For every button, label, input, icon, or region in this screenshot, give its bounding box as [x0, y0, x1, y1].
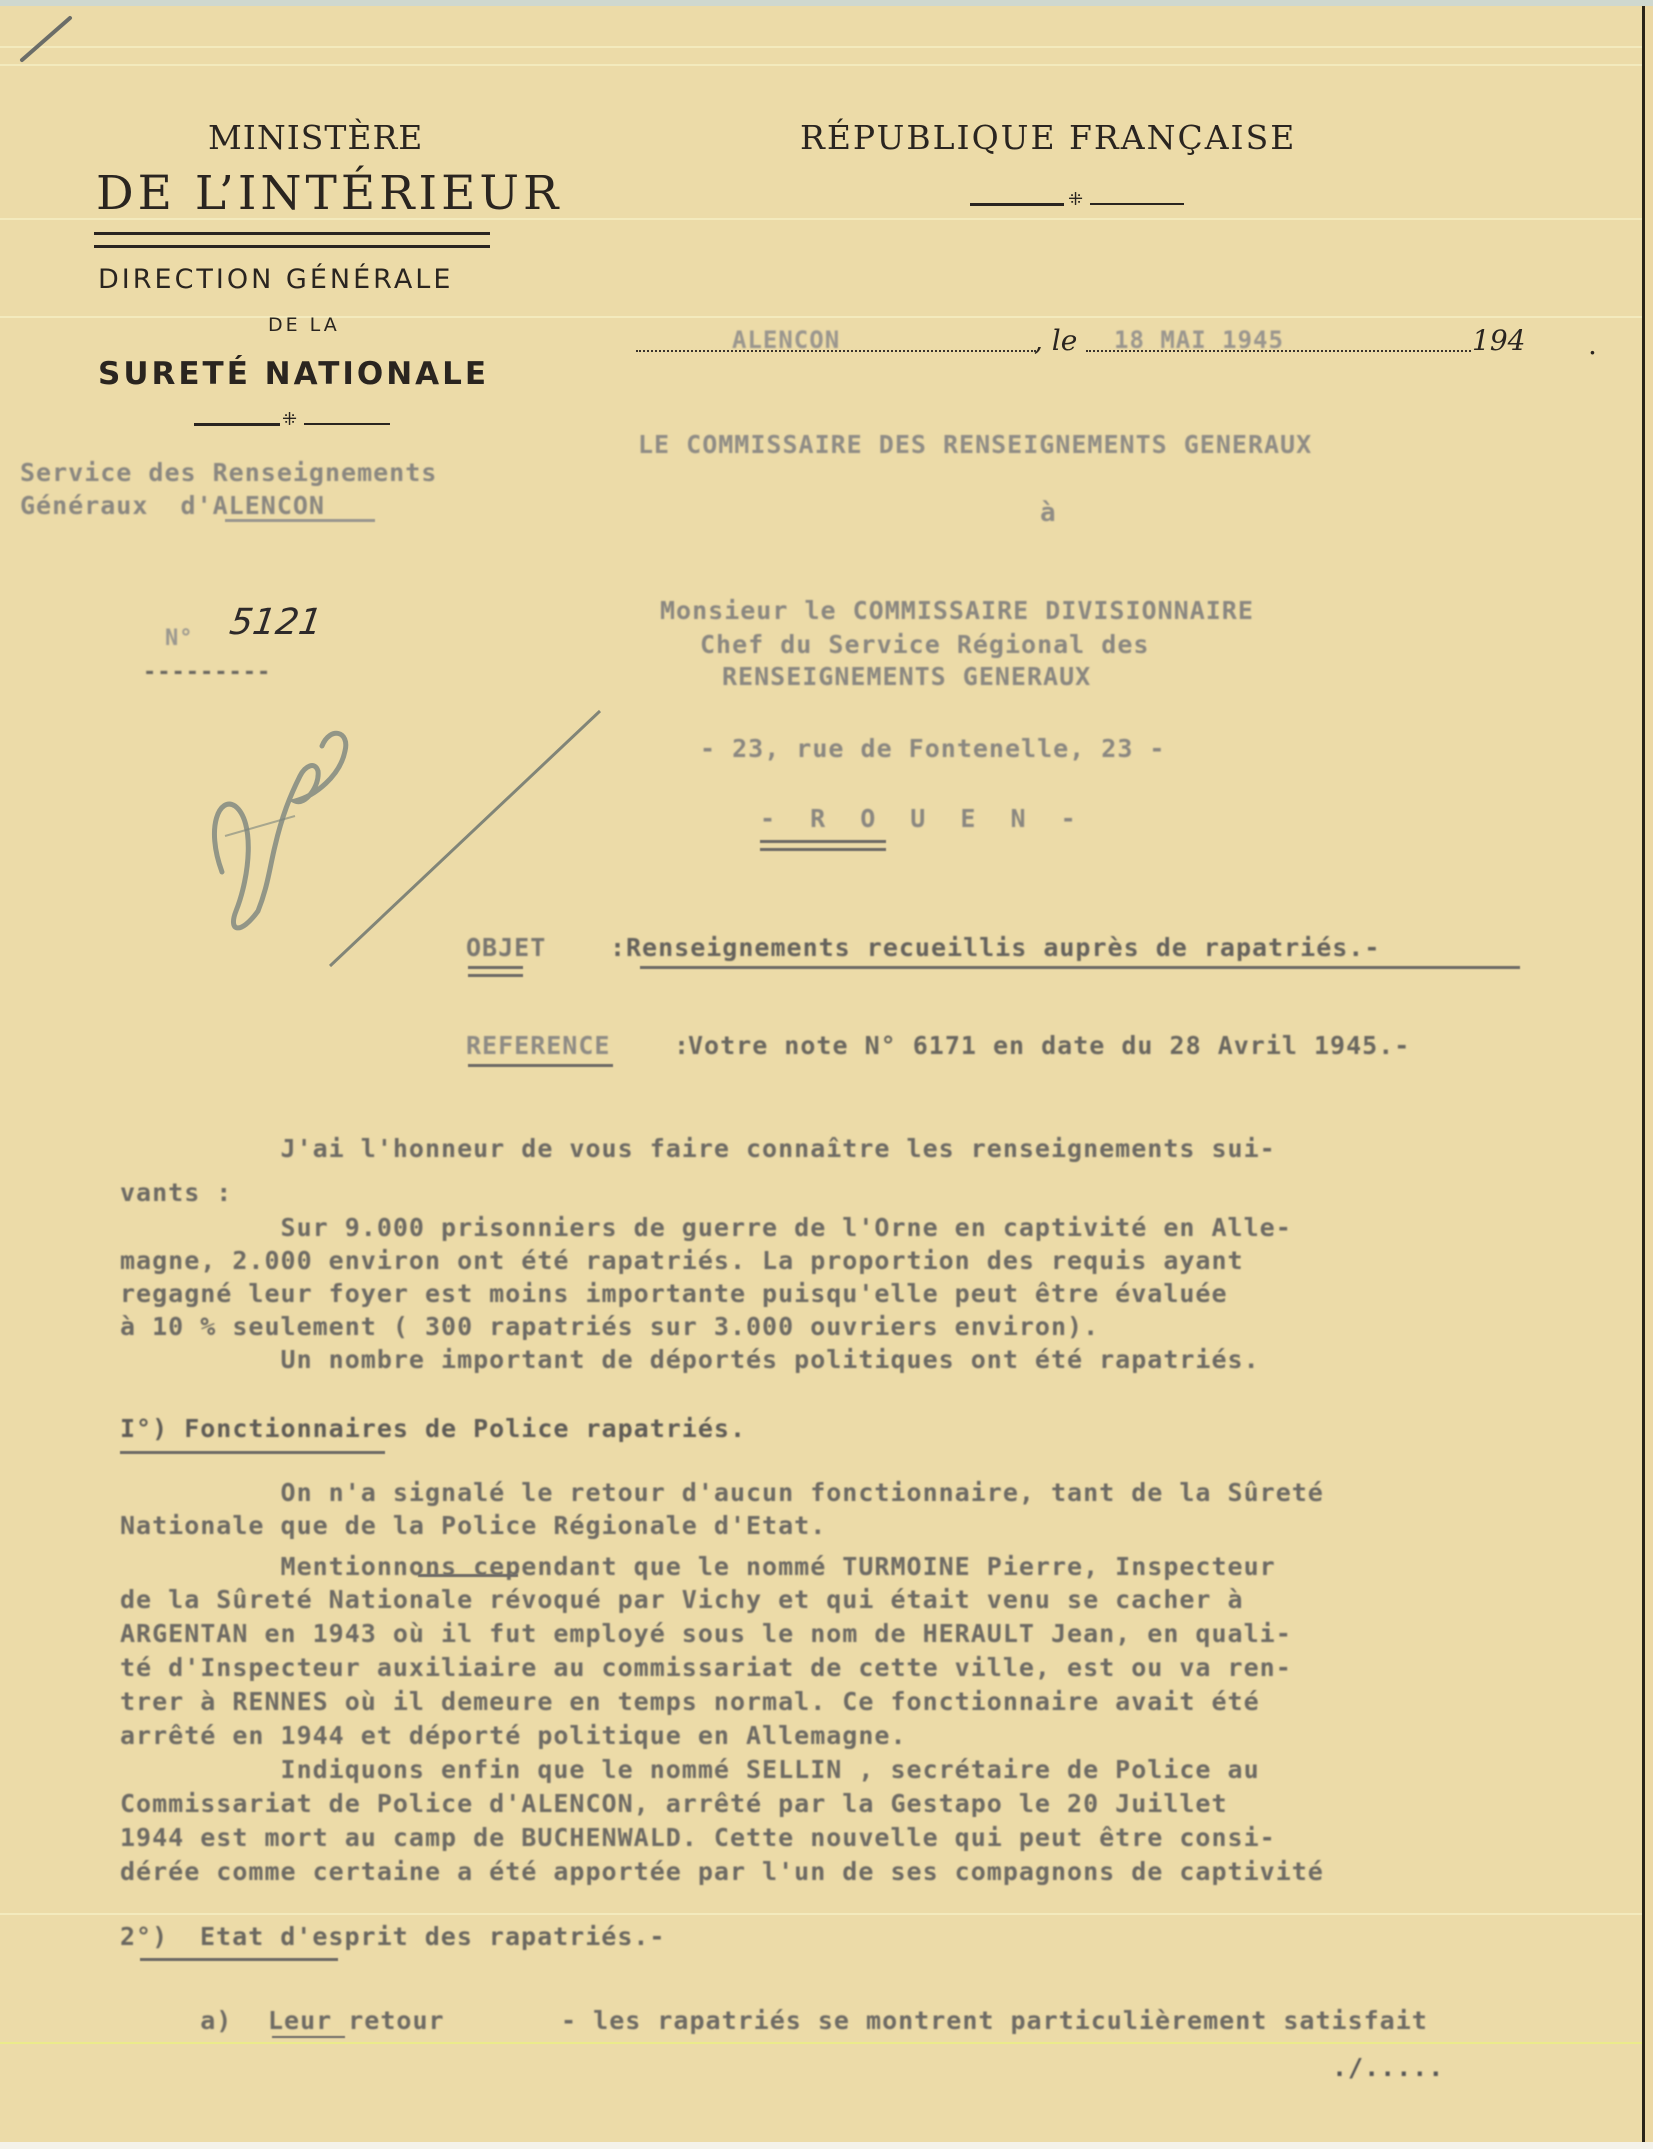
handwritten-initials — [214, 733, 345, 928]
section1-title: I°) Fonctionnaires de Police rapatriés. — [120, 1414, 746, 1443]
item-a-prefix: a) — [120, 2006, 248, 2035]
body-line: trer à RENNES où il demeure en temps nor… — [120, 1687, 1260, 1716]
fold-line — [0, 1913, 1642, 1915]
body-line: arrêté en 1944 et déporté politique en A… — [120, 1721, 907, 1750]
continuation-mark: ./..... — [1332, 2053, 1444, 2082]
subject-label: OBJET — [466, 933, 546, 962]
body-line: dérée comme certaine a été apportée par … — [120, 1857, 1324, 1886]
reference-label: REFERENCE — [466, 1031, 610, 1060]
body-line: de la Sûreté Nationale révoqué par Vichy… — [120, 1585, 1244, 1614]
body-line: 1944 est mort au camp de BUCHENWALD. Cet… — [120, 1823, 1276, 1852]
body-line: Commissariat de Police d'ALENCON, arrêté… — [120, 1789, 1228, 1818]
fold-line — [0, 2042, 1642, 2044]
body-line: Un nombre important de déportés politiqu… — [120, 1345, 1260, 1374]
body-line: Indiquons enfin que le nommé SELLIN , se… — [120, 1755, 1260, 1784]
body-line: magne, 2.000 environ ont été rapatriés. … — [120, 1246, 1244, 1275]
section2-title: Etat d'esprit des rapatriés.- — [200, 1922, 666, 1951]
item-a-text: - les rapatriés se montrent particulière… — [545, 2006, 1428, 2035]
body-line: Mentionnons cependant que le nommé TURMO… — [120, 1552, 1276, 1581]
document-page: MINISTÈRE DE L’INTÉRIEUR DIRECTION GÉNÉR… — [0, 6, 1645, 2142]
body-line: On n'a signalé le retour d'aucun fonctio… — [120, 1478, 1324, 1507]
subject-text: Renseignements recueillis auprès de rapa… — [626, 933, 1380, 962]
section2-number: 2°) — [120, 1922, 184, 1951]
body-line: Nationale que de la Police Régionale d'E… — [120, 1511, 826, 1540]
scan-bottom-edge — [0, 2142, 1653, 2149]
body-line: à 10 % seulement ( 300 rapatriés sur 3.0… — [120, 1312, 1099, 1341]
body-line: ARGENTAN en 1943 où il fut employé sous … — [120, 1619, 1292, 1648]
body-line: té d'Inspecteur auxiliaire au commissari… — [120, 1653, 1292, 1682]
body-line: Sur 9.000 prisonniers de guerre de l'Orn… — [120, 1213, 1292, 1242]
body-line: vants : — [120, 1178, 232, 1207]
reference-text: Votre note N° 6171 en date du 28 Avril 1… — [688, 1031, 1410, 1060]
body-line: regagné leur foyer est moins importante … — [120, 1279, 1228, 1308]
pencil-annotation — [0, 6, 1653, 1006]
item-a-label: Leur retour — [268, 2006, 445, 2035]
name-underline — [418, 1574, 518, 1577]
body-line: J'ai l'honneur de vous faire connaître l… — [120, 1134, 1276, 1163]
